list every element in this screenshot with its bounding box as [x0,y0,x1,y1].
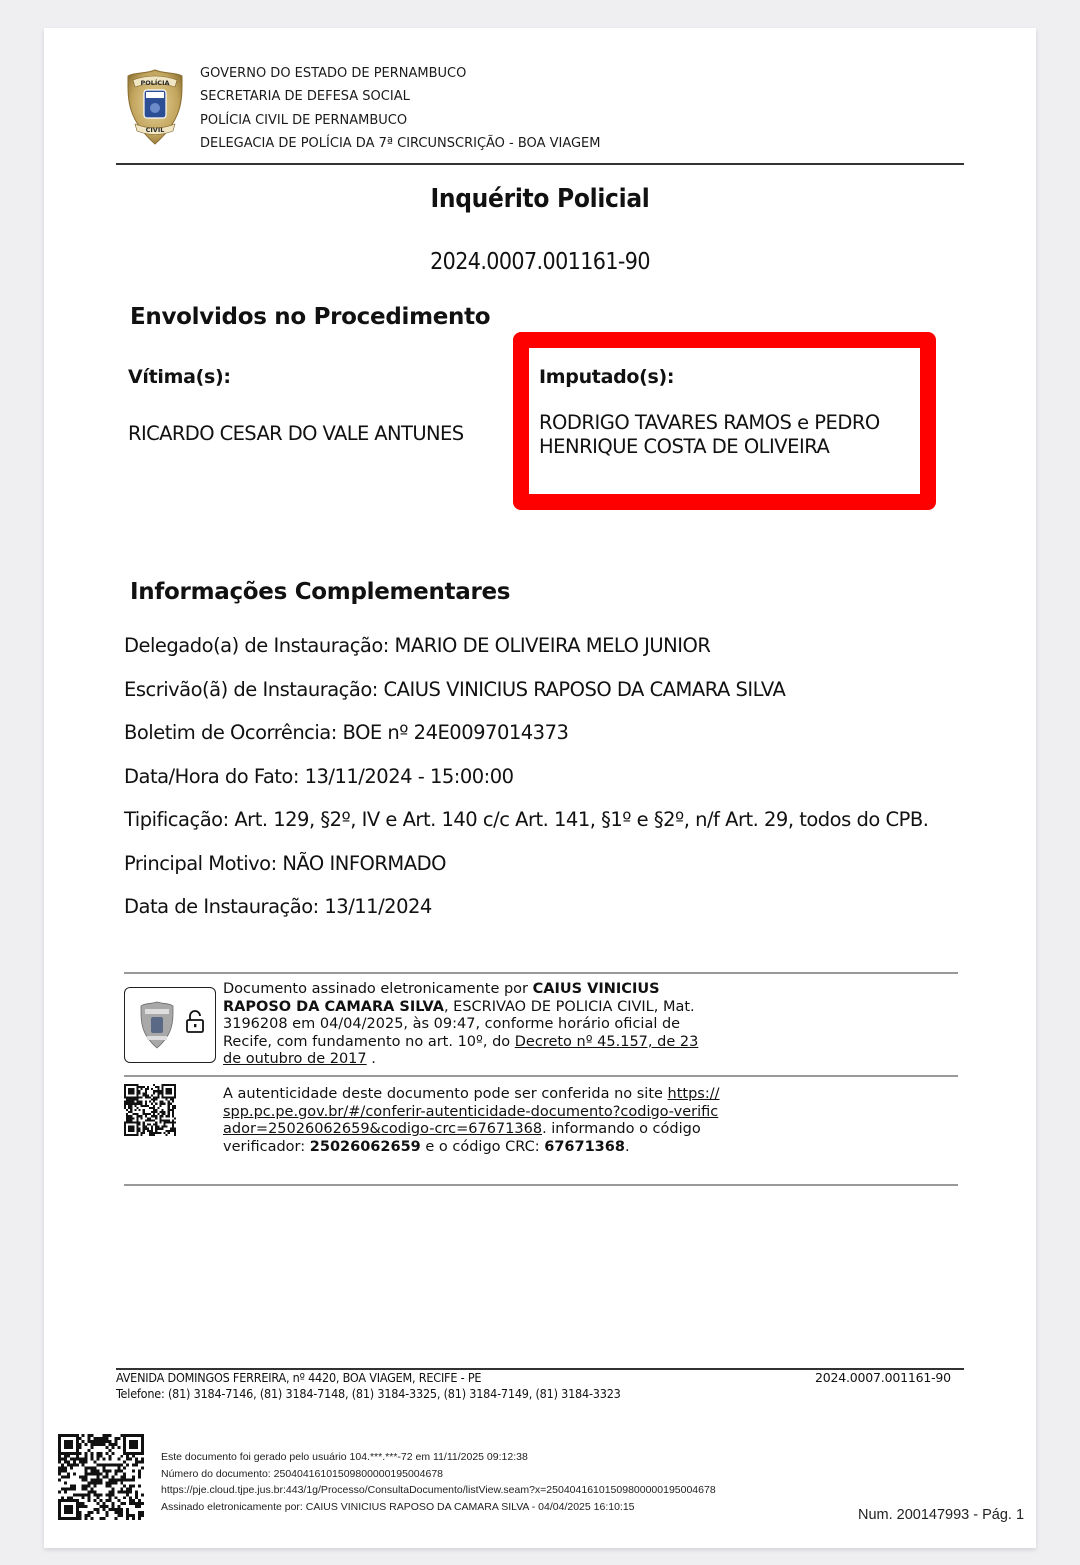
header-line-secretariat: SECRETARIA DE DEFESA SOCIAL [200,85,601,108]
crc-code: 67671368 [544,1139,625,1155]
pje-page-number: Num. 200147993 - Pág. 1 [858,1507,1024,1523]
info-item-boletim: Boletim de Ocorrência: BOE nº 24E0097014… [124,721,964,745]
svg-text:POLÍCIA: POLÍCIA [140,78,169,87]
policia-civil-seal-icon [139,1001,175,1049]
info-list: Delegado(a) de Instauração: MARIO DE OLI… [124,634,964,939]
victim-name: RICARDO CESAR DO VALE ANTUNES [128,422,464,445]
header-line-precinct: DELEGACIA DE POLÍCIA DA 7ª CIRCUNSCRIÇÃO… [200,132,601,155]
header-line-police: POLÍCIA CIVIL DE PERNAMBUCO [200,109,601,132]
header-line-government: GOVERNO DO ESTADO DE PERNAMBUCO [200,62,601,85]
victim-label: Vítima(s): [128,366,231,388]
footer-document-number: 2024.0007.001161-90 [815,1370,951,1385]
verifier-code: 25026062659 [310,1139,421,1155]
section-heading-info: Informações Complementares [130,579,510,605]
policia-civil-badge-icon: POLÍCIA CIVIL [124,68,186,146]
info-item-escrivao: Escrivão(ã) de Instauração: CAIUS VINICI… [124,678,964,702]
info-item-tipificacao: Tipificação: Art. 129, §2º, IV e Art. 14… [124,808,964,832]
authenticity-statement: A autenticidade deste documento pode ser… [223,1086,723,1156]
header-divider [116,163,964,165]
signature-statement: Documento assinado eletronicamente por C… [223,981,703,1069]
accused-names: RODRIGO TAVARES RAMOS e PEDRO HENRIQUE C… [539,411,929,459]
document-title: Inquérito Policial [44,184,1036,214]
signature-prefix: Documento assinado eletronicamente por [223,981,533,997]
footer-contact: AVENIDA DOMINGOS FERREIRA, nº 4420, BOA … [116,1370,621,1401]
signature-suffix: . [367,1051,376,1067]
pje-generation-info: Este documento foi gerado pelo usuário 1… [161,1449,716,1515]
info-item-data-instauracao: Data de Instauração: 13/11/2024 [124,895,964,919]
footer-address: AVENIDA DOMINGOS FERREIRA, nº 4420, BOA … [116,1370,621,1386]
document-number: 2024.0007.001161-90 [44,249,1036,275]
pje-signed-by: Assinado eletronicamente por: CAIUS VINI… [161,1499,716,1516]
pje-qr-code[interactable] [58,1434,144,1520]
lock-icon [185,1010,205,1034]
info-item-motivo: Principal Motivo: NÃO INFORMADO [124,852,964,876]
pje-generated-by: Este documento foi gerado pelo usuário 1… [161,1449,716,1466]
section-heading-envolvidos: Envolvidos no Procedimento [130,304,490,330]
authenticity-prefix: A autenticidade deste documento pode ser… [223,1086,668,1102]
authenticity-suffix: . [625,1139,630,1155]
authenticity-middle2: e o código CRC: [421,1139,544,1155]
verification-qr-code[interactable] [124,1084,176,1136]
accused-label: Imputado(s): [539,366,674,388]
signature-divider-bottom [124,1184,958,1186]
footer-phones: Telefone: (81) 3184-7146, (81) 3184-7148… [116,1386,621,1402]
signature-divider-top [124,972,958,974]
info-item-delegado: Delegado(a) de Instauração: MARIO DE OLI… [124,634,964,658]
pje-document-url[interactable]: https://pje.cloud.tjpe.jus.br:443/1g/Pro… [161,1482,716,1499]
signature-divider-middle [124,1075,958,1077]
signature-seal-box [124,987,216,1063]
svg-text:CIVIL: CIVIL [146,126,165,134]
pje-document-number: Número do documento: 2504041610150980000… [161,1466,716,1483]
document-page: POLÍCIA CIVIL GOVERNO DO ESTADO DE PERNA… [44,28,1036,1548]
agency-header: GOVERNO DO ESTADO DE PERNAMBUCO SECRETAR… [200,62,601,155]
info-item-data-fato: Data/Hora do Fato: 13/11/2024 - 15:00:00 [124,765,964,789]
